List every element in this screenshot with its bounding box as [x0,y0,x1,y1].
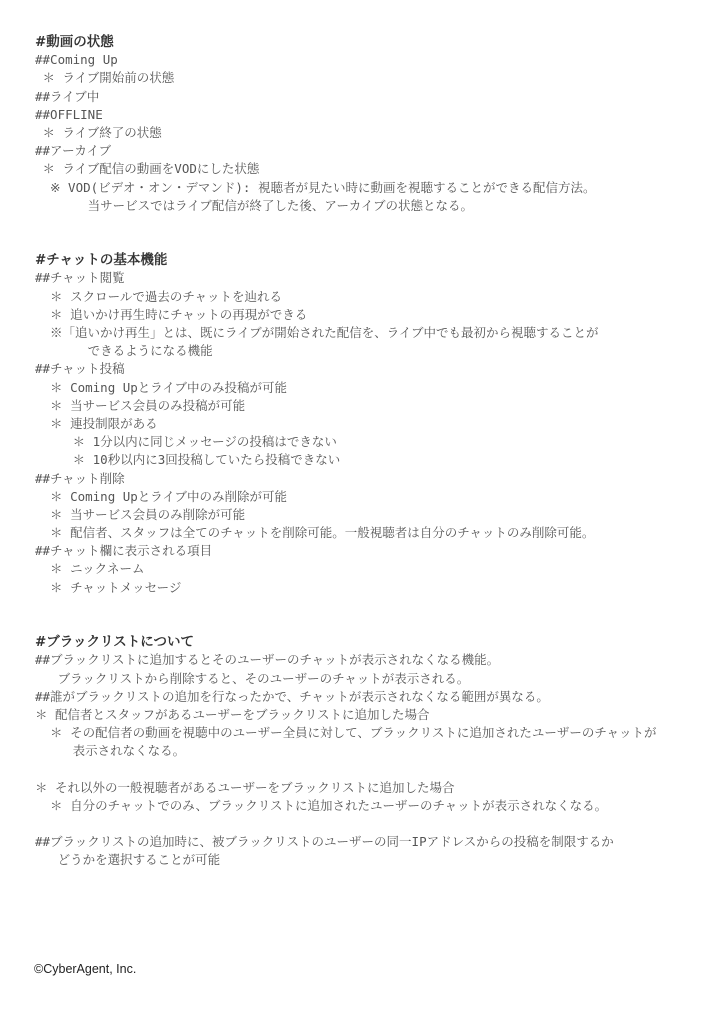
subheading-offline: ##OFFLINE [35,106,705,124]
sub-list-item: ＊ その配信者の動画を視聴中のユーザー全員に対して、ブラックリストに追加されたユ… [35,724,705,742]
subheading-chat-fields: ##チャット欄に表示される項目 [35,542,705,560]
sub-list-item: ＊ 自分のチャットでのみ、ブラックリストに追加されたユーザーのチャットが表示され… [35,797,705,815]
note-vod-continued: 当サービスではライブ配信が終了した後、アーカイブの状態となる。 [35,197,705,215]
section-heading-video-state: #動画の状態 [35,33,705,51]
blank-line [35,761,705,779]
subheading-blacklist-add: ##ブラックリストに追加するとそのユーザーのチャットが表示されなくなる機能。 [35,651,705,669]
list-item: ＊ Coming Upとライブ中のみ削除が可能 [35,488,705,506]
subheading-blacklist-ip-continued: どうかを選択することが可能 [35,851,705,869]
list-item: ＊ ライブ終了の状態 [35,124,705,142]
list-item: ＊ スクロールで過去のチャットを辿れる [35,288,705,306]
list-item: ＊ 配信者、スタッフは全てのチャットを削除可能。一般視聴者は自分のチャットのみ削… [35,524,705,542]
sub-list-item: ＊ 10秒以内に3回投稿していたら投稿できない [35,451,705,469]
subheading-blacklist-add-continued: ブラックリストから削除すると、そのユーザーのチャットが表示される。 [35,670,705,688]
list-item: ＊ 当サービス会員のみ投稿が可能 [35,397,705,415]
list-item: ＊ ライブ配信の動画をVODにした状態 [35,160,705,178]
note-chase-play: ※「追いかけ再生」とは、既にライブが開始された配信を、ライブ中でも最初から視聴す… [35,324,705,342]
list-item: ＊ 当サービス会員のみ削除が可能 [35,506,705,524]
subheading-live: ##ライブ中 [35,88,705,106]
list-item: ＊ 連投制限がある [35,415,705,433]
sub-list-item: ＊ 1分以内に同じメッセージの投稿はできない [35,433,705,451]
subheading-chat-post: ##チャット投稿 [35,360,705,378]
list-item: ＊ ライブ開始前の状態 [35,69,705,87]
sub-list-item-continued: 表示されなくなる。 [35,742,705,760]
list-item: ＊ 配信者とスタッフがあるユーザーをブラックリストに追加した場合 [35,706,705,724]
note-chase-play-continued: できるようになる機能 [35,342,705,360]
section-heading-blacklist: #ブラックリストについて [35,633,705,651]
subheading-coming-up: ##Coming Up [35,51,705,69]
subheading-blacklist-scope: ##誰がブラックリストの追加を行なったかで、チャットが表示されなくなる範囲が異な… [35,688,705,706]
blank-line [35,815,705,833]
spacer [35,215,705,251]
section-heading-chat-basics: #チャットの基本機能 [35,251,705,269]
list-item: ＊ 追いかけ再生時にチャットの再現ができる [35,306,705,324]
list-item: ＊ ニックネーム [35,560,705,578]
copyright-footer: ©CyberAgent, Inc. [34,962,136,976]
document-body: #動画の状態 ##Coming Up ＊ ライブ開始前の状態 ##ライブ中 ##… [35,33,705,870]
subheading-chat-delete: ##チャット削除 [35,470,705,488]
subheading-archive: ##アーカイブ [35,142,705,160]
subheading-blacklist-ip: ##ブラックリストの追加時に、被ブラックリストのユーザーの同一IPアドレスからの… [35,833,705,851]
list-item: ＊ Coming Upとライブ中のみ投稿が可能 [35,379,705,397]
note-vod: ※ VOD(ビデオ・オン・デマンド): 視聴者が見たい時に動画を視聴することがで… [35,179,705,197]
list-item: ＊ それ以外の一般視聴者があるユーザーをブラックリストに追加した場合 [35,779,705,797]
subheading-chat-view: ##チャット閲覧 [35,269,705,287]
list-item: ＊ チャットメッセージ [35,579,705,597]
spacer [35,597,705,633]
